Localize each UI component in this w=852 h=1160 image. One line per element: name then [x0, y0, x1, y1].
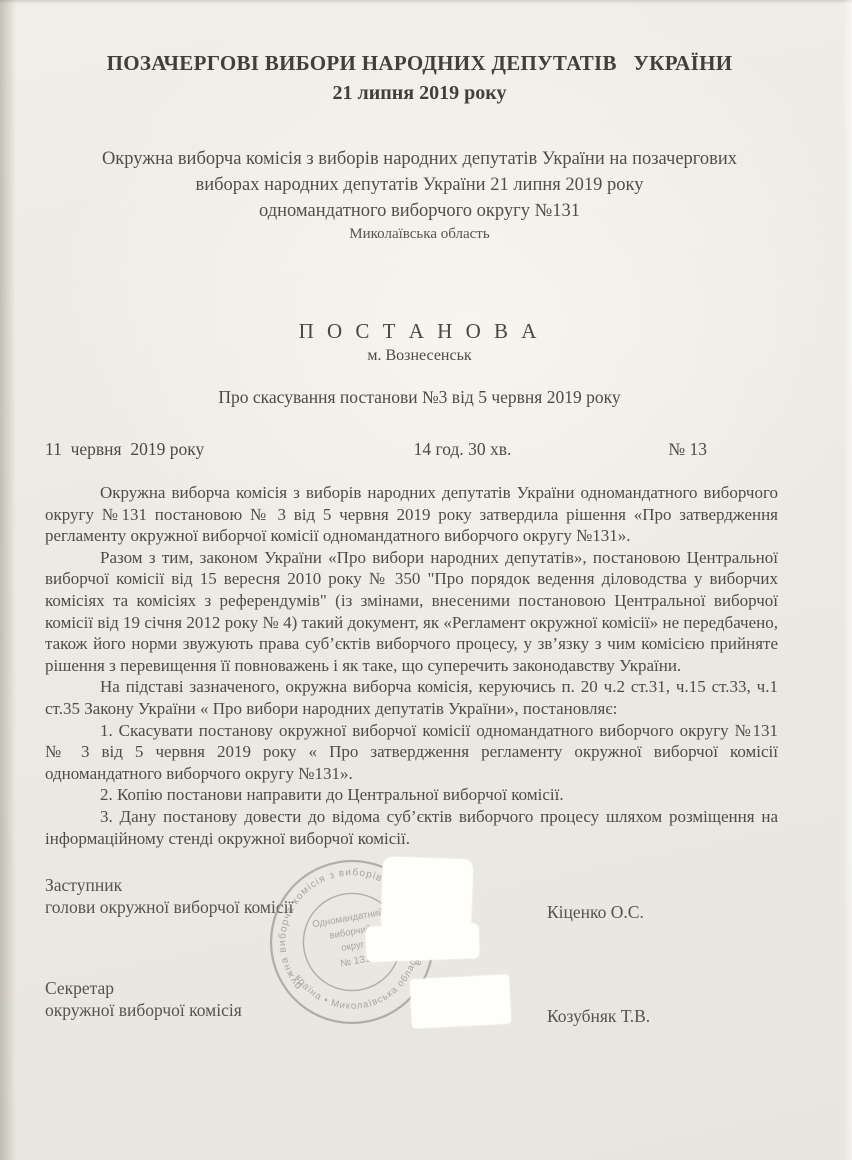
redaction-box	[365, 923, 479, 962]
role-line: Секретар	[45, 978, 242, 1000]
resolution-body: Окружна виборча комісія з виборів народн…	[45, 482, 794, 849]
stamp-center-line: округ	[340, 939, 365, 954]
body-paragraph: Разом з тим, законом України «Про вибори…	[45, 547, 778, 677]
resolution-time: 14 год. 30 хв.	[414, 438, 512, 460]
commission-line: одномандатного виборчого округу №131	[45, 198, 794, 224]
commission-header: Окружна виборча комісія з виборів народн…	[45, 146, 794, 244]
resolution-city: м. Вознесенськ	[45, 346, 794, 366]
scanned-document-page: ПОЗАЧЕРГОВІ ВИБОРИ НАРОДНИХ ДЕПУТАТІВ УК…	[0, 0, 852, 1160]
commission-line: Окружна виборча комісія з виборів народн…	[45, 146, 794, 172]
body-list-item-1: 1. Скасувати постанову окружної виборчої…	[45, 720, 778, 785]
body-paragraph: На підставі зазначеного, окружна виборча…	[45, 676, 778, 719]
secretary-name: Козубняк Т.В.	[547, 1006, 650, 1027]
resolution-subject: Про скасування постанови №3 від 5 червня…	[45, 386, 794, 408]
resolution-date: 11 червня 2019 року	[45, 438, 295, 460]
role-line: голови окружної виборчої комісії	[45, 897, 293, 919]
commission-line: виборах народних депутатів України 21 ли…	[45, 172, 794, 198]
role-line: окружної виборчої комісія	[45, 1000, 242, 1022]
region-name: Миколаївська область	[45, 224, 794, 244]
secretary-role: Секретар окружної виборчої комісія	[45, 978, 242, 1021]
resolution-number: № 13	[668, 438, 794, 460]
body-list-item-3: 3. Дану постанову довести до відома суб’…	[45, 806, 778, 849]
document-title-date: 21 липня 2019 року	[45, 80, 794, 106]
redaction-box	[381, 856, 474, 933]
resolution-heading: П О С Т А Н О В А	[45, 318, 794, 344]
resolution-meta-row: 11 червня 2019 року 14 год. 30 хв. № 13	[45, 438, 794, 460]
body-paragraph: Окружна виборча комісія з виборів народн…	[45, 482, 778, 547]
body-list-item-2: 2. Копію постанови направити до Централь…	[45, 784, 778, 806]
redaction-box	[410, 974, 511, 1028]
deputy-head-name: Кіценко О.С.	[547, 902, 644, 923]
document-title: ПОЗАЧЕРГОВІ ВИБОРИ НАРОДНИХ ДЕПУТАТІВ УК…	[45, 50, 794, 76]
